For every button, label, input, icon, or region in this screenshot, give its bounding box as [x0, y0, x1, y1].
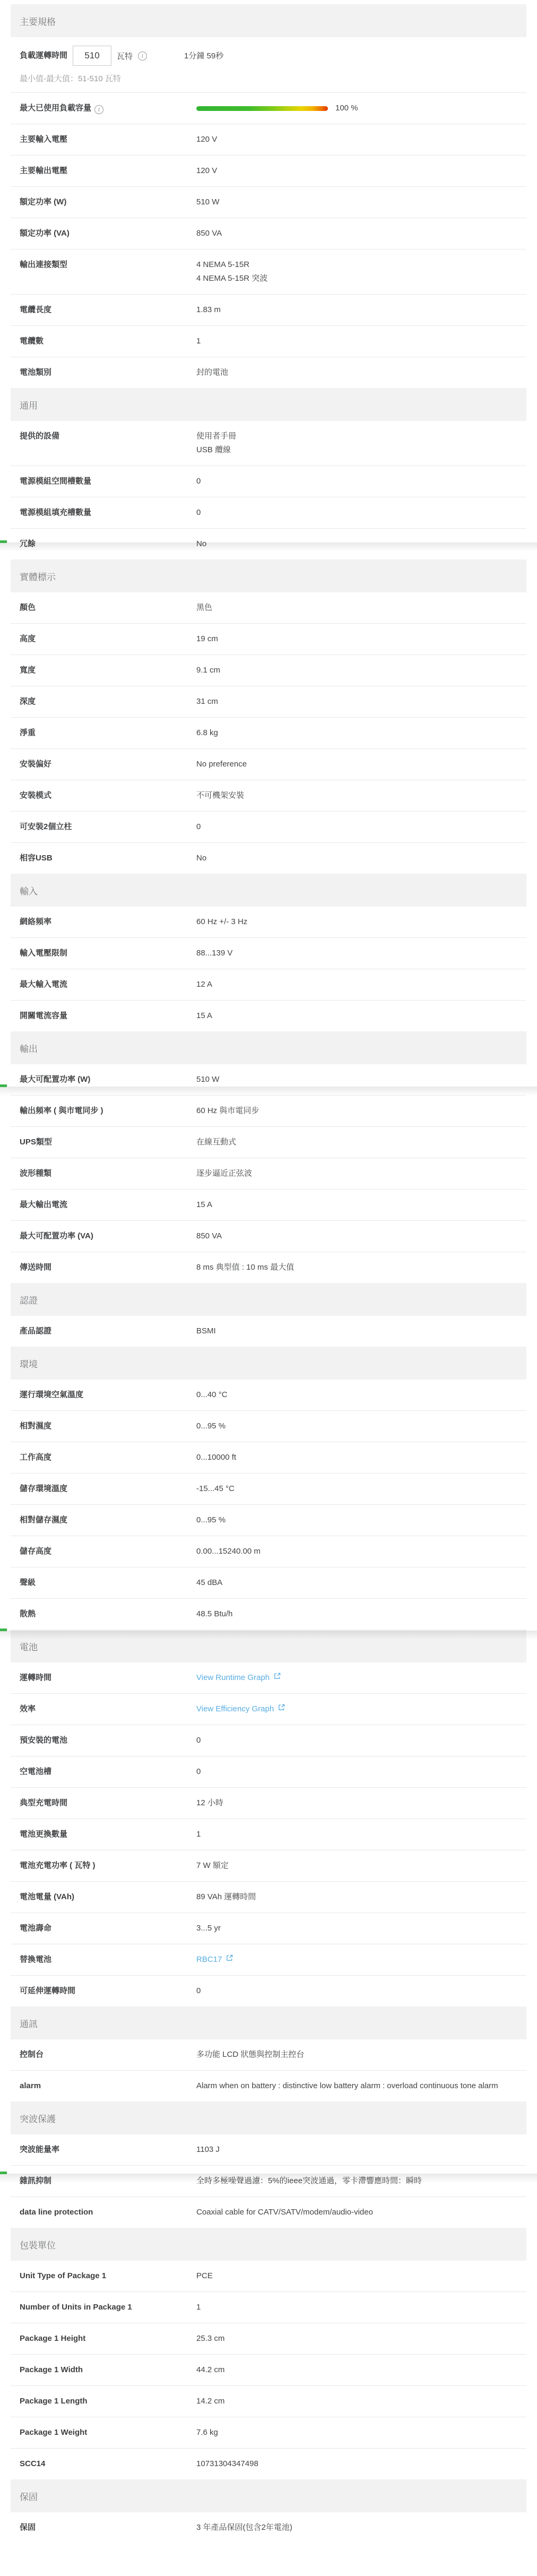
- spec-label-cell: 最大輸入電流: [20, 978, 196, 992]
- spec-label: Unit Type of Package 1: [20, 2271, 106, 2280]
- spec-label-cell: 最大輸出電流: [20, 1198, 196, 1212]
- graph-link[interactable]: View Runtime Graph: [196, 1671, 281, 1685]
- spec-label-cell: 電池更換數量: [20, 1828, 196, 1841]
- spec-row: 額定功率 (W)510 W: [11, 187, 526, 218]
- spec-label: 負載運轉時間: [20, 49, 67, 63]
- spec-value: RBC17: [196, 1953, 526, 1967]
- spec-row: 儲存環境溫度-15...45 °C: [11, 1474, 526, 1505]
- spec-value: 15 A: [196, 1009, 526, 1023]
- spec-label-cell: Package 1 Length: [20, 2394, 196, 2408]
- spec-value: BSMI: [196, 1324, 526, 1338]
- spec-value: 10731304347498: [196, 2457, 526, 2471]
- spec-label: 額定功率 (W): [20, 197, 66, 206]
- external-link-icon: [278, 1702, 285, 1716]
- spec-row: 額定功率 (VA)850 VA: [11, 218, 526, 249]
- spec-value: 48.5 Btu/h: [196, 1607, 526, 1621]
- spec-table: 主要規格負載運轉時間瓦特i最小值-最大值：51-510 瓦特1分鐘 59秒最大已…: [0, 0, 537, 2559]
- spec-row: 相對濕度0...95 %: [11, 1411, 526, 1442]
- section-header: 輸出: [11, 1031, 526, 1064]
- spec-label: 寬度: [20, 666, 36, 675]
- section-title: 輸入: [20, 884, 38, 897]
- spec-value: No: [196, 851, 526, 865]
- spec-label: 產品認證: [20, 1326, 51, 1336]
- spec-label: 輸入電壓限制: [20, 949, 67, 958]
- spec-label: 可安裝2個立柱: [20, 822, 72, 831]
- spec-label-cell: 安裝偏好: [20, 757, 196, 771]
- spec-value: 0: [196, 475, 526, 488]
- section-block: 保固3 年產品保固(包含2年電池): [11, 2512, 526, 2543]
- spec-value: PCE: [196, 2269, 526, 2283]
- spec-label-cell: 電纜數: [20, 334, 196, 348]
- spec-row: Unit Type of Package 1PCE: [11, 2261, 526, 2292]
- spec-label-cell: Number of Units in Package 1: [20, 2301, 196, 2314]
- spec-label: 儲存環境溫度: [20, 1484, 67, 1493]
- spec-label-cell: 網絡頻率: [20, 915, 196, 929]
- spec-value: 7.6 kg: [196, 2426, 526, 2440]
- spec-row: 深度31 cm: [11, 686, 526, 718]
- section-title: 保固: [20, 2489, 38, 2503]
- section-header: 通用: [11, 388, 526, 421]
- spec-label: 最大已使用負載容量: [20, 104, 91, 113]
- spec-value: -15...45 °C: [196, 1482, 526, 1496]
- spec-row: 效率View Efficiency Graph: [11, 1694, 526, 1725]
- spec-label: 淨重: [20, 728, 36, 737]
- spec-label-cell: 散熱: [20, 1607, 196, 1621]
- spec-label: 電源模組填充槽數量: [20, 508, 91, 517]
- spec-value: 1: [196, 1828, 526, 1841]
- spec-value: 15 A: [196, 1198, 526, 1212]
- spec-value: 0: [196, 820, 526, 834]
- spec-label: 典型充電時間: [20, 1798, 67, 1807]
- spec-value: 0: [196, 1765, 526, 1779]
- spec-label-cell: 空電池槽: [20, 1765, 196, 1779]
- spec-row: 電池類別封的電池: [11, 357, 526, 388]
- spec-value: 6.8 kg: [196, 726, 526, 740]
- section-block: 突波能量率1103 J雜訊抑制全時多極噪聲過濾：5%的ieee突波通過，零卡滯響…: [11, 2134, 526, 2228]
- spec-label-cell: 輸入電壓限制: [20, 946, 196, 960]
- spec-value: 0: [196, 1984, 526, 1998]
- spec-row: 電源模組填充槽數量0: [11, 497, 526, 529]
- spec-row: 替換電池RBC17: [11, 1944, 526, 1976]
- spec-label: 突波能量率: [20, 2145, 59, 2154]
- spec-label: Package 1 Height: [20, 2334, 85, 2343]
- spec-value: 31 cm: [196, 695, 526, 709]
- spec-label-cell: 產品認證: [20, 1324, 196, 1338]
- spec-row: 寬度9.1 cm: [11, 655, 526, 686]
- spec-row: 負載運轉時間瓦特i最小值-最大值：51-510 瓦特1分鐘 59秒: [11, 37, 526, 93]
- spec-row: data line protectionCoaxial cable for CA…: [11, 2197, 526, 2228]
- spec-row: 顏色黑色: [11, 592, 526, 624]
- spec-row: 產品認證BSMI: [11, 1316, 526, 1347]
- spec-label: 電池類別: [20, 368, 51, 377]
- section-header: 突波保護: [11, 2101, 526, 2134]
- spec-value: 8 ms 典型值 : 10 ms 最大值: [196, 1261, 526, 1274]
- spec-label-cell: 安裝模式: [20, 789, 196, 803]
- spec-value: 60 Hz 與市電同步: [196, 1104, 526, 1118]
- graph-link-label: View Runtime Graph: [196, 1671, 270, 1685]
- spec-row: 可延伸運轉時間0: [11, 1976, 526, 2006]
- spec-value: 黑色: [196, 601, 526, 615]
- info-icon[interactable]: i: [138, 51, 147, 61]
- spec-row: 安裝模式不可機架安裝: [11, 780, 526, 812]
- spec-row: 電纜長度1.83 m: [11, 295, 526, 326]
- spec-label: 相容USB: [20, 854, 53, 863]
- spec-label: Package 1 Weight: [20, 2428, 87, 2437]
- spec-label-cell: 冗餘: [20, 537, 196, 551]
- spec-label: 效率: [20, 1704, 36, 1713]
- spec-label-cell: 電池類別: [20, 366, 196, 380]
- info-icon[interactable]: i: [94, 105, 103, 114]
- spec-value: 1分鐘 59秒: [184, 46, 526, 63]
- spec-label: Number of Units in Package 1: [20, 2303, 132, 2312]
- spec-label-cell: 最大可配置功率 (W): [20, 1073, 196, 1087]
- spec-label-cell: 替換電池: [20, 1953, 196, 1967]
- spec-row: 輸入電壓限制88...139 V: [11, 938, 526, 969]
- section-title: 環境: [20, 1357, 38, 1370]
- spec-row: 冗餘No: [11, 529, 526, 559]
- spec-label-cell: 寬度: [20, 664, 196, 677]
- spec-row: 輸出連接類型4 NEMA 5-15R4 NEMA 5-15R 突波: [11, 249, 526, 295]
- spec-label: 主要輸入電壓: [20, 135, 67, 144]
- spec-row: 電池電量 (VAh)89 VAh 運轉時間: [11, 1882, 526, 1913]
- spec-row: 突波能量率1103 J: [11, 2134, 526, 2166]
- spec-label: 保固: [20, 2523, 36, 2532]
- spec-label-cell: 顏色: [20, 601, 196, 615]
- spec-label-cell: 電源模組空間槽數量: [20, 475, 196, 488]
- spec-row: SCC1410731304347498: [11, 2449, 526, 2479]
- section-block: 產品認證BSMI: [11, 1316, 526, 1347]
- spec-value: 510 W: [196, 1073, 526, 1087]
- spec-label-cell: Package 1 Width: [20, 2363, 196, 2377]
- spec-label: alarm: [20, 2081, 41, 2090]
- spec-row: 淨重6.8 kg: [11, 718, 526, 749]
- spec-label: 相對儲存濕度: [20, 1515, 67, 1524]
- spec-row: alarmAlarm when on battery : distinctive…: [11, 2071, 526, 2101]
- spec-label: 散熱: [20, 1609, 36, 1618]
- spec-label-cell: data line protection: [20, 2205, 196, 2219]
- spec-row: 電纜數1: [11, 326, 526, 357]
- section-title: 包裝單位: [20, 2238, 56, 2251]
- spec-value: 19 cm: [196, 632, 526, 646]
- load-capacity-value: 100 %: [335, 101, 358, 115]
- spec-value: Alarm when on battery : distinctive low …: [196, 2079, 526, 2093]
- load-capacity-cell: 100 %: [196, 101, 526, 115]
- runtime-watts-input[interactable]: [73, 46, 111, 66]
- spec-label-cell: 運轉時間: [20, 1671, 196, 1685]
- watts-unit-label: 瓦特: [117, 50, 133, 62]
- spec-label: 開關電流容量: [20, 1011, 67, 1020]
- spec-value: 0: [196, 506, 526, 520]
- spec-label: 可延伸運轉時間: [20, 1986, 75, 1995]
- section-header: 保固: [11, 2479, 526, 2512]
- spec-value: Coaxial cable for CATV/SATV/modem/audio-…: [196, 2205, 526, 2219]
- spec-label-cell: 相對儲存濕度: [20, 1513, 196, 1527]
- spec-label-cell: Package 1 Weight: [20, 2426, 196, 2440]
- spec-row: UPS類型在線互動式: [11, 1127, 526, 1158]
- spec-label-cell: 可安裝2個立柱: [20, 820, 196, 834]
- spec-row: 工作高度0...10000 ft: [11, 1442, 526, 1474]
- spec-label-cell: 最大可配置功率 (VA): [20, 1229, 196, 1243]
- spec-value: 0...95 %: [196, 1419, 526, 1433]
- spec-label-cell: 儲存高度: [20, 1545, 196, 1558]
- spec-label-cell: 工作高度: [20, 1451, 196, 1464]
- spec-label: Package 1 Width: [20, 2365, 83, 2374]
- spec-row: 保固3 年產品保固(包含2年電池): [11, 2512, 526, 2543]
- spec-row: 傳送時間8 ms 典型值 : 10 ms 最大值: [11, 1252, 526, 1283]
- section-block: 控制台多功能 LCD 狀態與控制主控台alarmAlarm when on ba…: [11, 2039, 526, 2101]
- graph-link[interactable]: RBC17: [196, 1953, 233, 1967]
- spec-label: 電源模組空間槽數量: [20, 477, 91, 486]
- section-title: 實體標示: [20, 570, 56, 583]
- spec-row: 輸出頻率 ( 與市電同步 )60 Hz 與市電同步: [11, 1096, 526, 1127]
- spec-value: 25.3 cm: [196, 2332, 526, 2346]
- spec-label: 提供的設備: [20, 432, 59, 441]
- graph-link-label: View Efficiency Graph: [196, 1702, 274, 1716]
- section-block: 最大可配置功率 (W)510 W輸出頻率 ( 與市電同步 )60 Hz 與市電同…: [11, 1064, 526, 1283]
- spec-row: 散熱48.5 Btu/h: [11, 1599, 526, 1630]
- spec-label-cell: 波形種類: [20, 1167, 196, 1181]
- spec-row: 電池壽命3...5 yr: [11, 1913, 526, 1944]
- spec-row: 相容USBNo: [11, 843, 526, 874]
- spec-label: 冗餘: [20, 539, 36, 548]
- section-block: 網絡頻率60 Hz +/- 3 Hz輸入電壓限制88...139 V最大輸入電流…: [11, 907, 526, 1031]
- spec-value: 120 V: [196, 133, 526, 147]
- spec-label: 輸出頻率 ( 與市電同步 ): [20, 1106, 103, 1115]
- graph-link[interactable]: View Efficiency Graph: [196, 1702, 285, 1716]
- spec-value: 使用者手冊USB 纜線: [196, 429, 526, 457]
- spec-value: 510 W: [196, 195, 526, 209]
- spec-label: 相對濕度: [20, 1421, 51, 1431]
- spec-label-cell: 預安裝的電池: [20, 1734, 196, 1747]
- spec-row: 主要輸入電壓120 V: [11, 124, 526, 156]
- spec-value: 4 NEMA 5-15R4 NEMA 5-15R 突波: [196, 258, 526, 286]
- load-capacity-bar: [196, 106, 328, 111]
- section-block: 負載運轉時間瓦特i最小值-最大值：51-510 瓦特1分鐘 59秒最大已使用負載…: [11, 37, 526, 388]
- spec-value: 45 dBA: [196, 1576, 526, 1590]
- spec-label-cell: 開關電流容量: [20, 1009, 196, 1023]
- section-header: 主要規格: [11, 4, 526, 37]
- spec-row: 最大可配置功率 (VA)850 VA: [11, 1221, 526, 1252]
- spec-value: 44.2 cm: [196, 2363, 526, 2377]
- spec-value: 1103 J: [196, 2143, 526, 2157]
- spec-row: 空電池槽0: [11, 1756, 526, 1788]
- runtime-line: 負載運轉時間瓦特i: [20, 46, 147, 66]
- spec-row: 最大輸入電流12 A: [11, 969, 526, 1001]
- spec-label: 安裝模式: [20, 791, 51, 800]
- spec-label-cell: 可延伸運轉時間: [20, 1984, 196, 1998]
- spec-label: 聲級: [20, 1578, 36, 1587]
- section-title: 主要規格: [20, 14, 56, 28]
- spec-label: data line protection: [20, 2208, 93, 2217]
- spec-value: 7 W 額定: [196, 1859, 526, 1873]
- spec-label-cell: 效率: [20, 1702, 196, 1716]
- section-block: 運轉時間View Runtime Graph效率View Efficiency …: [11, 1662, 526, 2006]
- spec-value: 12 A: [196, 978, 526, 992]
- spec-value: 12 小時: [196, 1796, 526, 1810]
- spec-value: 850 VA: [196, 227, 526, 240]
- spec-value: 封的電池: [196, 366, 526, 380]
- spec-label: UPS類型: [20, 1138, 52, 1147]
- spec-label: 電池充電功率 ( 瓦特 ): [20, 1861, 96, 1870]
- spec-label-cell: 雜訊抑制: [20, 2174, 196, 2188]
- graph-link-label: RBC17: [196, 1953, 222, 1967]
- spec-value: 89 VAh 運轉時間: [196, 1890, 526, 1904]
- spec-row: 安裝偏好No preference: [11, 749, 526, 780]
- spec-value: 0: [196, 1734, 526, 1747]
- spec-label-cell: 電纜長度: [20, 303, 196, 317]
- spec-label: 最大輸入電流: [20, 980, 67, 989]
- spec-row: 電池充電功率 ( 瓦特 )7 W 額定: [11, 1850, 526, 1882]
- spec-label-cell: 聲級: [20, 1576, 196, 1590]
- spec-row: 典型充電時間12 小時: [11, 1788, 526, 1819]
- spec-value: 60 Hz +/- 3 Hz: [196, 915, 526, 929]
- spec-label-cell: 相對濕度: [20, 1419, 196, 1433]
- spec-value: View Efficiency Graph: [196, 1702, 526, 1716]
- spec-label-cell: Package 1 Height: [20, 2332, 196, 2346]
- spec-label: 電纜數: [20, 337, 44, 346]
- spec-row: 相對儲存濕度0...95 %: [11, 1505, 526, 1536]
- section-title: 通訊: [20, 2017, 38, 2030]
- spec-value-line: USB 纜線: [196, 443, 526, 457]
- spec-label-cell: alarm: [20, 2079, 196, 2093]
- spec-label: 主要輸出電壓: [20, 166, 67, 175]
- section-header: 實體標示: [11, 559, 526, 592]
- spec-label: 網絡頻率: [20, 917, 51, 926]
- spec-label-cell: 額定功率 (W): [20, 195, 196, 209]
- section-block: Unit Type of Package 1PCENumber of Units…: [11, 2261, 526, 2479]
- section-block: 提供的設備使用者手冊USB 纜線電源模組空間槽數量0電源模組填充槽數量0冗餘No: [11, 421, 526, 559]
- section-header: 通訊: [11, 2006, 526, 2039]
- spec-row: 儲存高度0.00...15240.00 m: [11, 1536, 526, 1567]
- spec-label: 雜訊抑制: [20, 2176, 51, 2185]
- spec-label-cell: 儲存環境溫度: [20, 1482, 196, 1496]
- spec-row: 預安裝的電池0: [11, 1725, 526, 1756]
- spec-value: 3 年產品保固(包含2年電池): [196, 2521, 526, 2535]
- spec-value: 88...139 V: [196, 946, 526, 960]
- spec-label-cell: 典型充電時間: [20, 1796, 196, 1810]
- spec-label-cell: 輸出連接類型: [20, 258, 196, 272]
- spec-label: 電池壽命: [20, 1924, 51, 1933]
- spec-value: No: [196, 537, 526, 551]
- spec-row: 運轉時間View Runtime Graph: [11, 1662, 526, 1694]
- spec-value: 逐步逼近正弦波: [196, 1167, 526, 1181]
- spec-label-cell: 電池電量 (VAh): [20, 1890, 196, 1904]
- spec-label: 電池電量 (VAh): [20, 1892, 74, 1901]
- external-link-icon: [273, 1671, 281, 1685]
- spec-value: 不可機架安裝: [196, 789, 526, 803]
- spec-label: 深度: [20, 697, 36, 706]
- section-title: 通用: [20, 398, 38, 411]
- spec-row: 網絡頻率60 Hz +/- 3 Hz: [11, 907, 526, 938]
- spec-label-cell: 淨重: [20, 726, 196, 740]
- spec-label-cell: 電池壽命: [20, 1922, 196, 1935]
- spec-label: 顏色: [20, 603, 36, 612]
- spec-label: 最大可配置功率 (VA): [20, 1231, 93, 1240]
- spec-label: 最大可配置功率 (W): [20, 1075, 90, 1084]
- external-link-icon: [226, 1953, 233, 1967]
- spec-value: 850 VA: [196, 1229, 526, 1243]
- spec-row: Number of Units in Package 11: [11, 2292, 526, 2323]
- spec-label-cell: 輸出頻率 ( 與市電同步 ): [20, 1104, 196, 1118]
- spec-label-cell: 傳送時間: [20, 1261, 196, 1274]
- spec-label-cell: 突波能量率: [20, 2143, 196, 2157]
- spec-label-cell: SCC14: [20, 2457, 196, 2471]
- spec-row: 電池更換數量1: [11, 1819, 526, 1850]
- spec-label-cell: 相容USB: [20, 851, 196, 865]
- spec-row: 可安裝2個立柱0: [11, 812, 526, 843]
- spec-row: 控制台多功能 LCD 狀態與控制主控台: [11, 2039, 526, 2071]
- spec-value: 1: [196, 334, 526, 348]
- spec-label: 替換電池: [20, 1955, 51, 1964]
- spec-label: 電纜長度: [20, 305, 51, 314]
- spec-label-cell: 電源模組填充槽數量: [20, 506, 196, 520]
- spec-label: Package 1 Length: [20, 2397, 88, 2406]
- section-header: 認證: [11, 1283, 526, 1316]
- section-title: 認證: [20, 1293, 38, 1306]
- spec-label-cell: 深度: [20, 695, 196, 709]
- spec-row: 主要輸出電壓120 V: [11, 156, 526, 187]
- spec-row: 波形種類逐步逼近正弦波: [11, 1158, 526, 1190]
- spec-label: 運行環境空氣溫度: [20, 1390, 83, 1399]
- spec-label: 儲存高度: [20, 1547, 51, 1556]
- spec-row: 運行環境空氣溫度0...40 °C: [11, 1380, 526, 1411]
- spec-label: 額定功率 (VA): [20, 229, 70, 238]
- spec-value: 1: [196, 2301, 526, 2314]
- spec-value-line: 4 NEMA 5-15R: [196, 258, 526, 272]
- spec-label-cell: UPS類型: [20, 1135, 196, 1149]
- spec-row: Package 1 Width44.2 cm: [11, 2355, 526, 2386]
- spec-label-cell: 提供的設備: [20, 429, 196, 443]
- spec-label: 輸出連接類型: [20, 260, 67, 269]
- section-block: 運行環境空氣溫度0...40 °C相對濕度0...95 %工作高度0...100…: [11, 1380, 526, 1630]
- spec-row: 最大已使用負載容量i100 %: [11, 93, 526, 124]
- spec-value: 0...95 %: [196, 1513, 526, 1527]
- spec-value: 多功能 LCD 狀態與控制主控台: [196, 2048, 526, 2062]
- spec-value: 14.2 cm: [196, 2394, 526, 2408]
- minmax-hint: 最小值-最大值：51-510 瓦特: [20, 73, 147, 84]
- spec-label: 空電池槽: [20, 1767, 51, 1776]
- section-title: 突波保護: [20, 2112, 56, 2125]
- spec-label: 安裝偏好: [20, 760, 51, 769]
- spec-row: 最大輸出電流15 A: [11, 1190, 526, 1221]
- spec-label: SCC14: [20, 2459, 45, 2468]
- spec-value: 0...10000 ft: [196, 1451, 526, 1464]
- spec-value: 1.83 m: [196, 303, 526, 317]
- spec-label: 控制台: [20, 2050, 44, 2059]
- spec-label-cell: 運行環境空氣溫度: [20, 1388, 196, 1402]
- spec-label-cell: Unit Type of Package 1: [20, 2269, 196, 2283]
- spec-label-cell: 主要輸入電壓: [20, 133, 196, 147]
- spec-row: Package 1 Weight7.6 kg: [11, 2417, 526, 2449]
- spec-row: 電源模組空間槽數量0: [11, 466, 526, 497]
- spec-value: 全時多極噪聲過濾：5%的ieee突波通過，零卡滯響應時間：瞬時: [196, 2174, 526, 2188]
- spec-label: 傳送時間: [20, 1263, 51, 1272]
- section-header: 包裝單位: [11, 2228, 526, 2261]
- spec-label-cell: 電池充電功率 ( 瓦特 ): [20, 1859, 196, 1873]
- spec-row: Package 1 Height25.3 cm: [11, 2323, 526, 2355]
- section-header: 電池: [11, 1630, 526, 1662]
- spec-label-cell: 高度: [20, 632, 196, 646]
- spec-row: 最大可配置功率 (W)510 W: [11, 1064, 526, 1096]
- spec-value: 3...5 yr: [196, 1922, 526, 1935]
- spec-row: 高度19 cm: [11, 624, 526, 655]
- spec-row: 開關電流容量15 A: [11, 1001, 526, 1031]
- spec-value: 120 V: [196, 164, 526, 178]
- spec-label: 電池更換數量: [20, 1830, 67, 1839]
- section-title: 輸出: [20, 1041, 38, 1055]
- spec-value: View Runtime Graph: [196, 1671, 526, 1685]
- spec-value-line: 使用者手冊: [196, 429, 526, 443]
